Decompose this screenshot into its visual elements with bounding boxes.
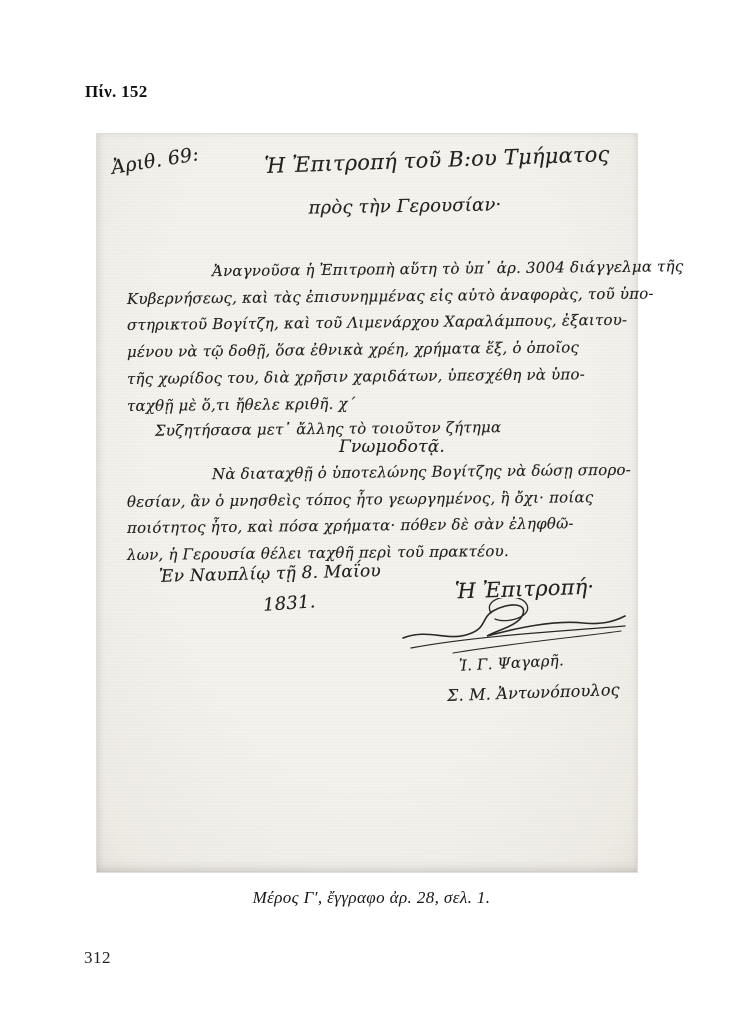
manuscript-title-line2: πρὸς τὴν Γερουσίαν· [255, 193, 555, 219]
manuscript-date-year: 1831. [262, 591, 316, 616]
manuscript-body1-line: στηρικτοῦ Βογίτζη, καὶ τοῦ Λιμενάρχου Χα… [127, 311, 627, 334]
figure-caption: Μέρος Γ′, ἔγγραφο ἀρ. 28, σελ. 1. [0, 888, 743, 908]
manuscript-body1-line: ταχθῇ μὲ ὅ,τι ἤθελε κριθῆ. χ΄ [127, 395, 356, 415]
manuscript-body1-line: Ἀναγνοῦσα ἡ Ἐπιτροπὴ αὕτη τὸ ὑπ᾽ ἀρ. 300… [127, 257, 684, 281]
manuscript-ref-number: Ἀριθ. 69: [110, 143, 201, 179]
manuscript-scan: Ἀριθ. 69: Ἡ Ἐπιτροπή τοῦ Β:ου Τμήματος π… [97, 134, 637, 872]
manuscript-verdict: Γνωμοδοτᾷ. [287, 437, 497, 457]
manuscript-title-line1: Ἡ Ἐπιτροπή τοῦ Β:ου Τμήματος [247, 141, 628, 178]
manuscript-body1-line: μένου νὰ τῷ δοθῇ, ὅσα ἐθνικὰ χρέη, χρήμα… [127, 338, 579, 361]
manuscript-body2-line: λων, ἡ Γερουσία θέλει ταχθῆ περὶ τοῦ πρα… [127, 542, 509, 564]
plate-label: Πίν. 152 [85, 82, 148, 102]
manuscript-body2-line: θεσίαν, ἂν ὁ μνησθεὶς τόπος ἦτο γεωργημέ… [127, 488, 594, 511]
manuscript-body1-line: τῆς χωρίδος του, διὰ χρῆσιν χαριδάτων, ὑ… [127, 365, 585, 388]
manuscript-date-place: Ἐν Ναυπλίῳ τῇ 8. Μαΐου [159, 561, 381, 587]
signature-member: Σ. Μ. Ἀντωνόπουλος [447, 680, 620, 705]
manuscript-body2-line: ποιότητος ἦτο, καὶ πόσα χρήματα· πόθεν δ… [127, 514, 574, 537]
manuscript-body2-line: Νὰ διαταχθῇ ὁ ὑποτελώνης Βογίτζης νὰ δώσ… [127, 461, 631, 484]
manuscript-body1-line: Κυβερνήσεως, καὶ τὰς ἐπισυνημμένας εἰς α… [127, 284, 654, 308]
signature-flourish-icon [395, 598, 633, 656]
page-number: 312 [84, 948, 111, 968]
